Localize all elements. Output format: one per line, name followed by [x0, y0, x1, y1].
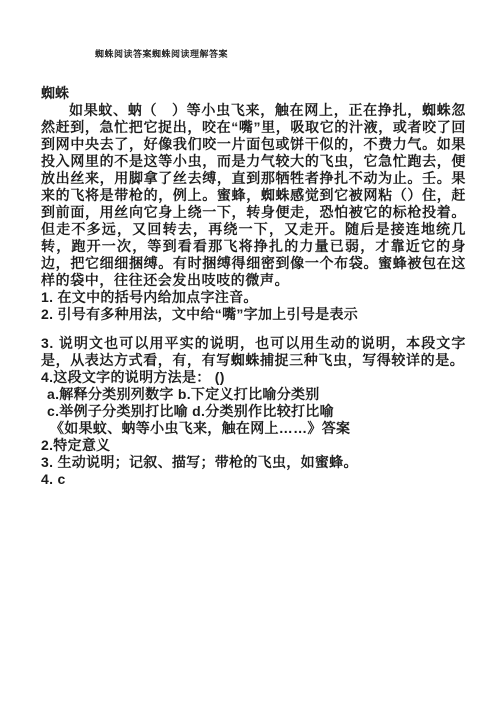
question-3: 3. 说明文也可以用平实的说明，也可以用生动的说明，本段文字是，从表达方式看，有… — [41, 335, 466, 369]
question-2: 2. 引号有多种用法，文中给“嘴”字加上引号是表示 — [41, 306, 466, 323]
question-4: 4.这段文字的说明方法是： () — [41, 369, 466, 386]
document-content: 蜘蛛 如果蚊、蚋（ ）等小虫飞来，触在网上，正在挣扎，蜘蛛忽然赶到，急忙把它捉出… — [41, 85, 466, 488]
answer-section-title: 《如果蚊、蚋等小虫飞来，触在网上……》答案 — [41, 420, 466, 437]
document-page: 蜘蛛阅读答案蜘蛛阅读理解答案 蜘蛛 如果蚊、蚋（ ）等小虫飞来，触在网上，正在挣… — [0, 0, 500, 707]
blank-gap — [41, 323, 466, 335]
answer-4: 4. c — [41, 471, 466, 488]
answer-2: 2.特定意义 — [41, 437, 466, 454]
article-title: 蜘蛛 — [41, 85, 466, 102]
question-4-options-cd: c.举例子分类别打比喻 d.分类别作比较打比喻 — [41, 403, 466, 420]
question-1: 1. 在文中的括号内给加点字注音。 — [41, 289, 466, 306]
question-4-options-ab: a.解释分类别列数字 b.下定义打比喻分类别 — [41, 386, 466, 403]
document-header-text: 蜘蛛阅读答案蜘蛛阅读理解答案 — [95, 47, 228, 60]
article-paragraph: 如果蚊、蚋（ ）等小虫飞来，触在网上，正在挣扎，蜘蛛忽然赶到，急忙把它捉出，咬在… — [41, 102, 466, 289]
answer-3: 3. 生动说明；记叙、描写；带枪的飞虫，如蜜蜂。 — [41, 454, 466, 471]
